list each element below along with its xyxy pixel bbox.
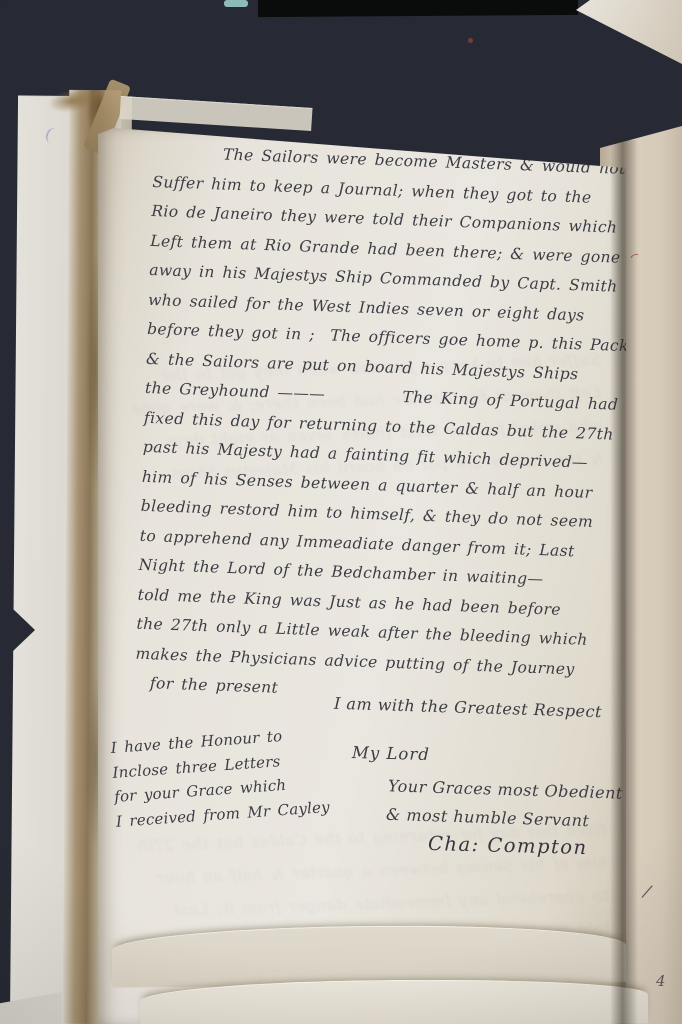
teal-speck (224, 0, 248, 7)
closing-obedient: Your Graces most Obedient (388, 776, 623, 802)
black-object-top-edge (258, 0, 578, 17)
facing-page-numeral: 4 (656, 974, 666, 989)
letter-body: The Sailors were become Masters & would … (134, 138, 628, 715)
manuscript-photo: / 4 Suffer him to keep a Journal; when t… (0, 0, 682, 1024)
book-gutter-shadow (610, 140, 638, 1024)
facing-page-top-corner (576, 0, 682, 64)
closing-salutation: My Lord (352, 743, 430, 764)
signature: Cha: Compton (428, 832, 588, 859)
margin-note: I have the Honour to Inclose three Lette… (110, 720, 346, 834)
manuscript-page: Suffer him to keep a Journal; when they … (98, 122, 626, 1024)
page-sliver-edge (119, 96, 312, 131)
red-speck (468, 38, 473, 43)
facing-page-ink-stroke: / (642, 884, 652, 902)
